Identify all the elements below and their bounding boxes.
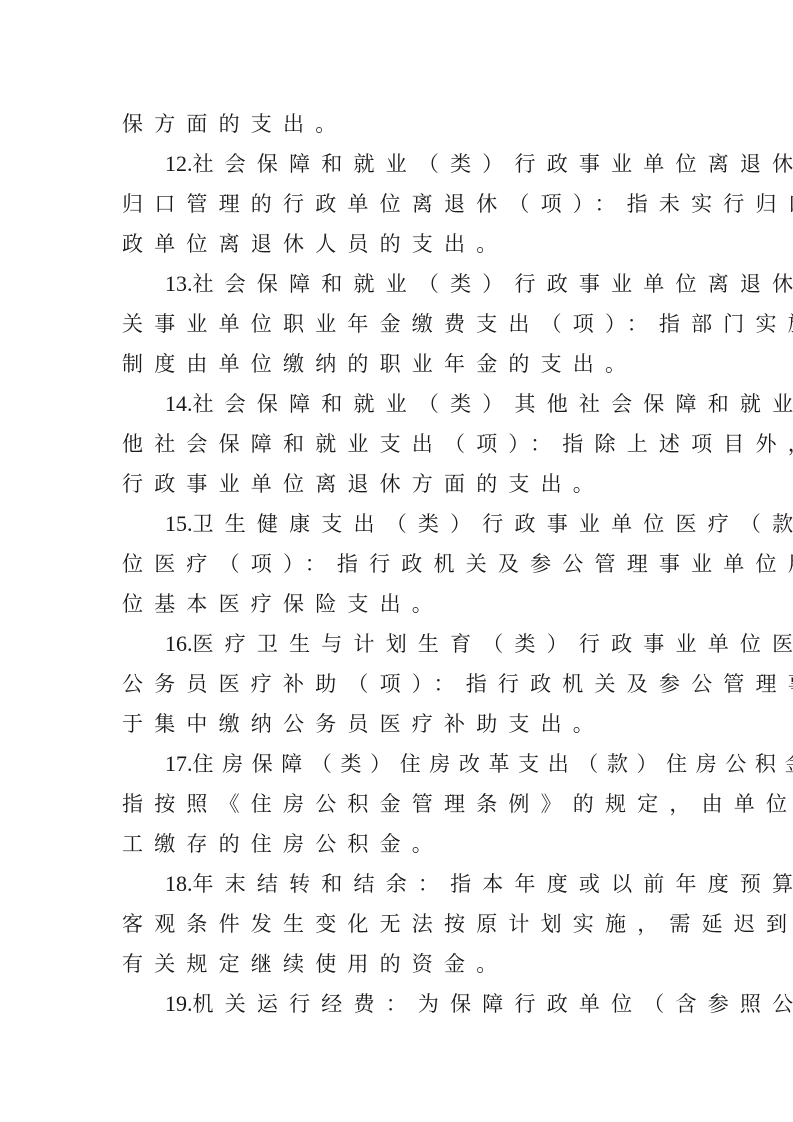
item-12-first-line: 12.社会保障和就业（类）行政事业单位离退休（款）未 (122, 144, 677, 184)
item-19-first-line: 19.机关运行经费：为保障行政单位（含参照公务员法管 (122, 984, 677, 1024)
item-number: 14. (165, 391, 193, 416)
item-text: 社会保障和就业（类）行政事业单位离退休（款）未 (193, 152, 793, 176)
item-13-line: 关事业单位职业年金缴费支出（项）：指部门实施养老保险 (122, 304, 677, 344)
item-15-first-line: 15.卫生健康支出（类）行政事业单位医疗（款）行政单 (122, 504, 677, 544)
item-number: 17. (165, 751, 193, 776)
item-number: 16. (165, 631, 193, 656)
item-number: 12. (165, 151, 193, 176)
item-17-line: 指按照《住房公积金管理条例》的规定，由单位及其在职职 (122, 784, 677, 824)
item-text: 住房保障（类）住房改革支出（款）住房公积金（项）： (193, 752, 793, 776)
item-17-line: 工缴存的住房公积金。 (122, 824, 677, 864)
item-text: 社会保障和就业（类）行政事业单位离退休（款）机 (193, 272, 793, 296)
item-14-line: 他社会保障和就业支出（项）：指除上述项目外，其他用于 (122, 424, 677, 464)
item-text: 卫生健康支出（类）行政事业单位医疗（款）行政单 (193, 512, 793, 536)
document-page: 保方面的支出。 12.社会保障和就业（类）行政事业单位离退休（款）未 归口管理的… (122, 104, 677, 1024)
item-13-first-line: 13.社会保障和就业（类）行政事业单位离退休（款）机 (122, 264, 677, 304)
item-16-line: 于集中缴纳公务员医疗补助支出。 (122, 704, 677, 744)
paragraph-continuation-line: 保方面的支出。 (122, 104, 677, 144)
item-text: 社会保障和就业（类）其他社会保障和就业（款）其 (193, 392, 793, 416)
item-number: 18. (165, 871, 193, 896)
item-16-first-line: 16.医疗卫生与计划生育（类）行政事业单位医疗（款） (122, 624, 677, 664)
item-18-first-line: 18.年末结转和结余：指本年度或以前年度预算安排、因 (122, 864, 677, 904)
item-17-first-line: 17.住房保障（类）住房改革支出（款）住房公积金（项）： (122, 744, 677, 784)
item-13-line: 制度由单位缴纳的职业年金的支出。 (122, 344, 677, 384)
item-15-line: 位医疗（项）：指行政机关及参公管理事业单位用于缴纳单 (122, 544, 677, 584)
item-text: 医疗卫生与计划生育（类）行政事业单位医疗（款） (193, 632, 793, 656)
item-12-line: 归口管理的行政单位离退休（项）：指未实行归口管理的行 (122, 184, 677, 224)
item-text: 年末结转和结余：指本年度或以前年度预算安排、因 (193, 872, 793, 896)
item-14-line: 行政事业单位离退休方面的支出。 (122, 464, 677, 504)
item-number: 13. (165, 271, 193, 296)
item-number: 15. (165, 511, 193, 536)
item-number: 19. (165, 991, 193, 1016)
item-18-line: 客观条件发生变化无法按原计划实施，需延迟到以后年度按 (122, 904, 677, 944)
item-text: 机关运行经费：为保障行政单位（含参照公务员法管 (193, 992, 793, 1016)
item-15-line: 位基本医疗保险支出。 (122, 584, 677, 624)
item-12-line: 政单位离退休人员的支出。 (122, 224, 677, 264)
item-16-line: 公务员医疗补助（项）：指行政机关及参公管理事业单位用 (122, 664, 677, 704)
item-14-first-line: 14.社会保障和就业（类）其他社会保障和就业（款）其 (122, 384, 677, 424)
item-18-line: 有关规定继续使用的资金。 (122, 944, 677, 984)
